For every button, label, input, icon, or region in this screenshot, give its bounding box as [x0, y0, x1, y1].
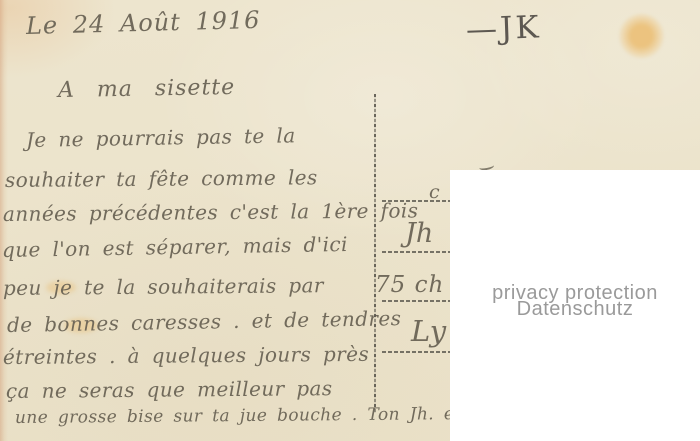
- address-line-3: [382, 300, 450, 302]
- message-line: Je ne pourrais pas te la: [26, 123, 296, 152]
- message-line: étreintes . à quelques jours près: [3, 342, 369, 369]
- date-line: Le 24 Août 1916: [26, 6, 261, 40]
- message-line: ça ne seras que meilleur pas: [6, 376, 333, 403]
- address-line-4: [382, 351, 450, 353]
- privacy-overlay-text: privacy protection Datenschutz: [450, 285, 700, 317]
- message-line: une grosse bise sur ta jue bouche . Ton …: [15, 404, 495, 428]
- message-line: souhaiter ta fête comme les: [5, 165, 318, 192]
- message-line: de bonnes caresses . et de tendres: [7, 306, 402, 337]
- initials-mark: —JK: [465, 9, 542, 48]
- postcard-divider-line: [374, 94, 376, 413]
- message-line: années précédentes c'est la 1ère fois: [3, 198, 419, 226]
- address-fragment: Jh: [405, 218, 433, 249]
- address-fragment: Ly: [411, 314, 446, 348]
- address-fragment: 75 ch: [375, 272, 444, 298]
- privacy-text-line2: Datenschutz: [450, 301, 700, 317]
- stain-spot-top-right: [618, 13, 665, 59]
- privacy-overlay-box: privacy protection Datenschutz: [450, 170, 700, 441]
- address-fragment: c: [429, 181, 440, 203]
- postcard-scan: Le 24 Août 1916 —JK A ma sisette Je ne p…: [0, 0, 700, 441]
- message-line: peu je te la souhaiterais par: [3, 273, 324, 300]
- salutation-line: A ma sisette: [58, 75, 236, 103]
- address-line-2: [382, 251, 450, 253]
- message-line: que l'on est séparer, mais d'ici: [2, 232, 348, 262]
